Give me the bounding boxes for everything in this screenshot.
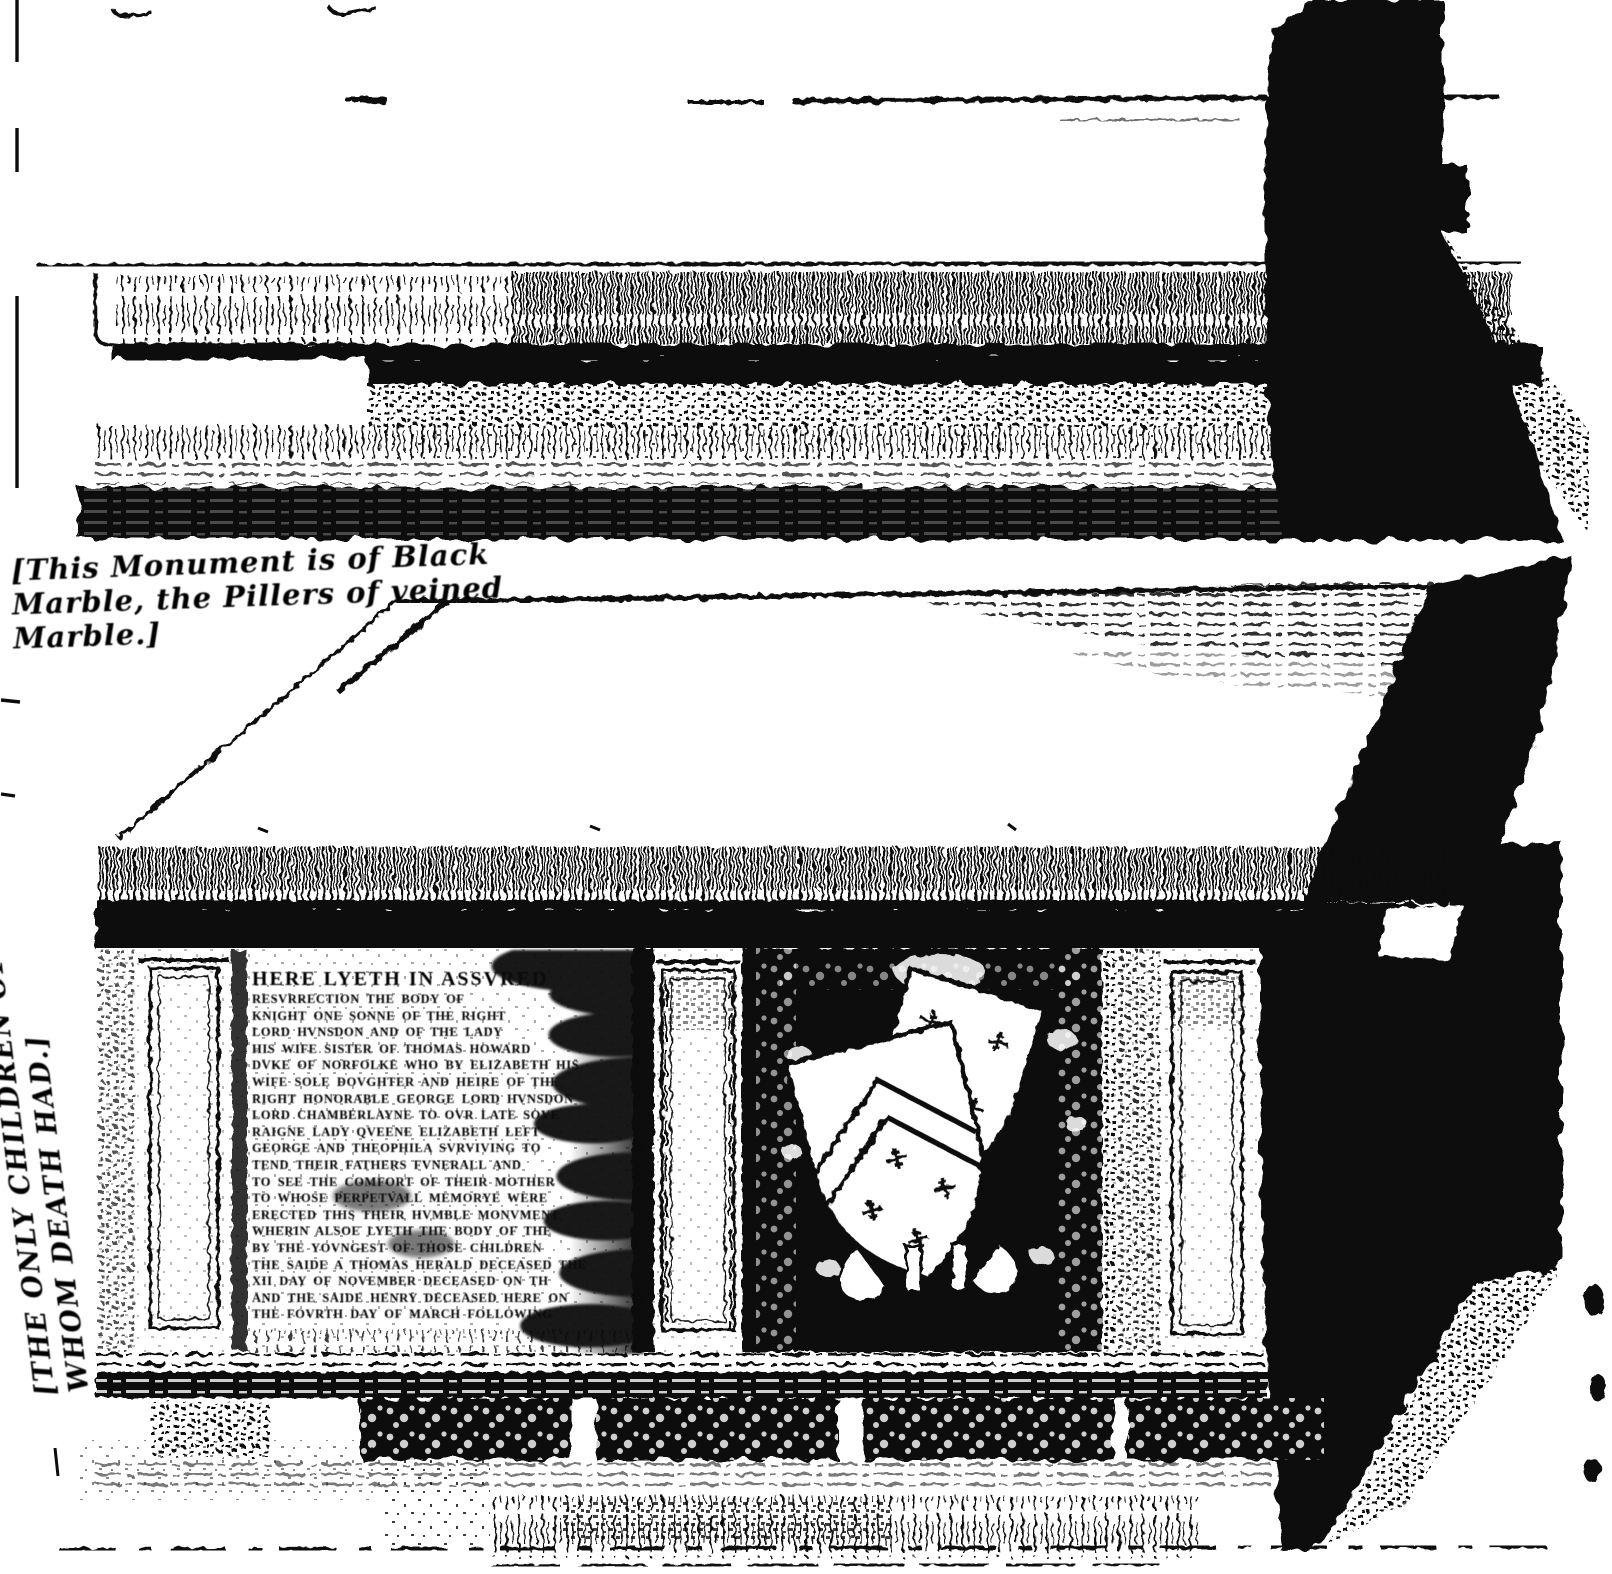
cropped-caption-marks <box>112 6 386 103</box>
marble-annotation: [This Monument is of Black Marble, the P… <box>10 539 443 656</box>
plate-margin-left <box>1 0 20 796</box>
cornice-shadow-band <box>96 908 1311 952</box>
ink-blotches <box>448 950 644 1354</box>
heraldic-panel <box>756 948 1102 1352</box>
engraving-artwork <box>0 0 1612 1574</box>
lower-cornice <box>96 824 1448 910</box>
engraved-plate: [This Monument is of Black Marble, the P… <box>0 0 1612 1574</box>
upper-base-mouldings <box>78 425 1441 539</box>
upper-shadow-mass <box>1264 0 1588 540</box>
